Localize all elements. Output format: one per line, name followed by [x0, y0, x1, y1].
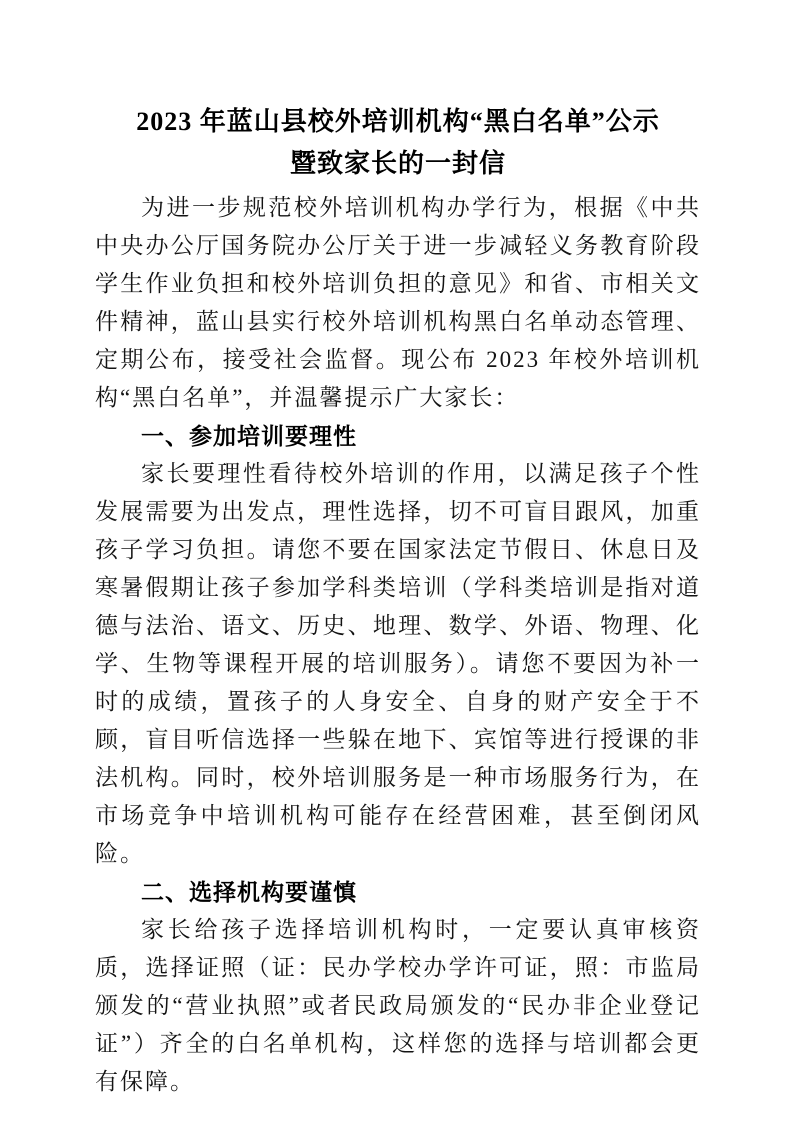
document-body: 为进一步规范校外培训机构办学行为，根据《中共中央办公厅国务院办公厅关于进一步减轻…: [95, 189, 701, 1101]
paragraph-intro: 为进一步规范校外培训机构办学行为，根据《中共中央办公厅国务院办公厅关于进一步减轻…: [95, 189, 701, 417]
section-heading-2: 二、选择机构要谨慎: [95, 873, 701, 911]
document-title-line-2: 暨致家长的一封信: [290, 149, 506, 178]
paragraph-section-1: 家长要理性看待校外培训的作用，以满足孩子个性发展需要为出发点，理性选择，切不可盲…: [95, 455, 701, 873]
document-title-line-1: 2023 年蓝山县校外培训机构“黑白名单”公示: [136, 107, 660, 136]
section-heading-1: 一、参加培训要理性: [95, 417, 701, 455]
document-page: 2023 年蓝山县校外培训机构“黑白名单”公示 暨致家长的一封信 为进一步规范校…: [0, 0, 793, 1122]
paragraph-section-2: 家长给孩子选择培训机构时，一定要认真审核资质，选择证照（证：民办学校办学许可证，…: [95, 911, 701, 1101]
document-title: 2023 年蓝山县校外培训机构“黑白名单”公示 暨致家长的一封信: [95, 101, 701, 185]
